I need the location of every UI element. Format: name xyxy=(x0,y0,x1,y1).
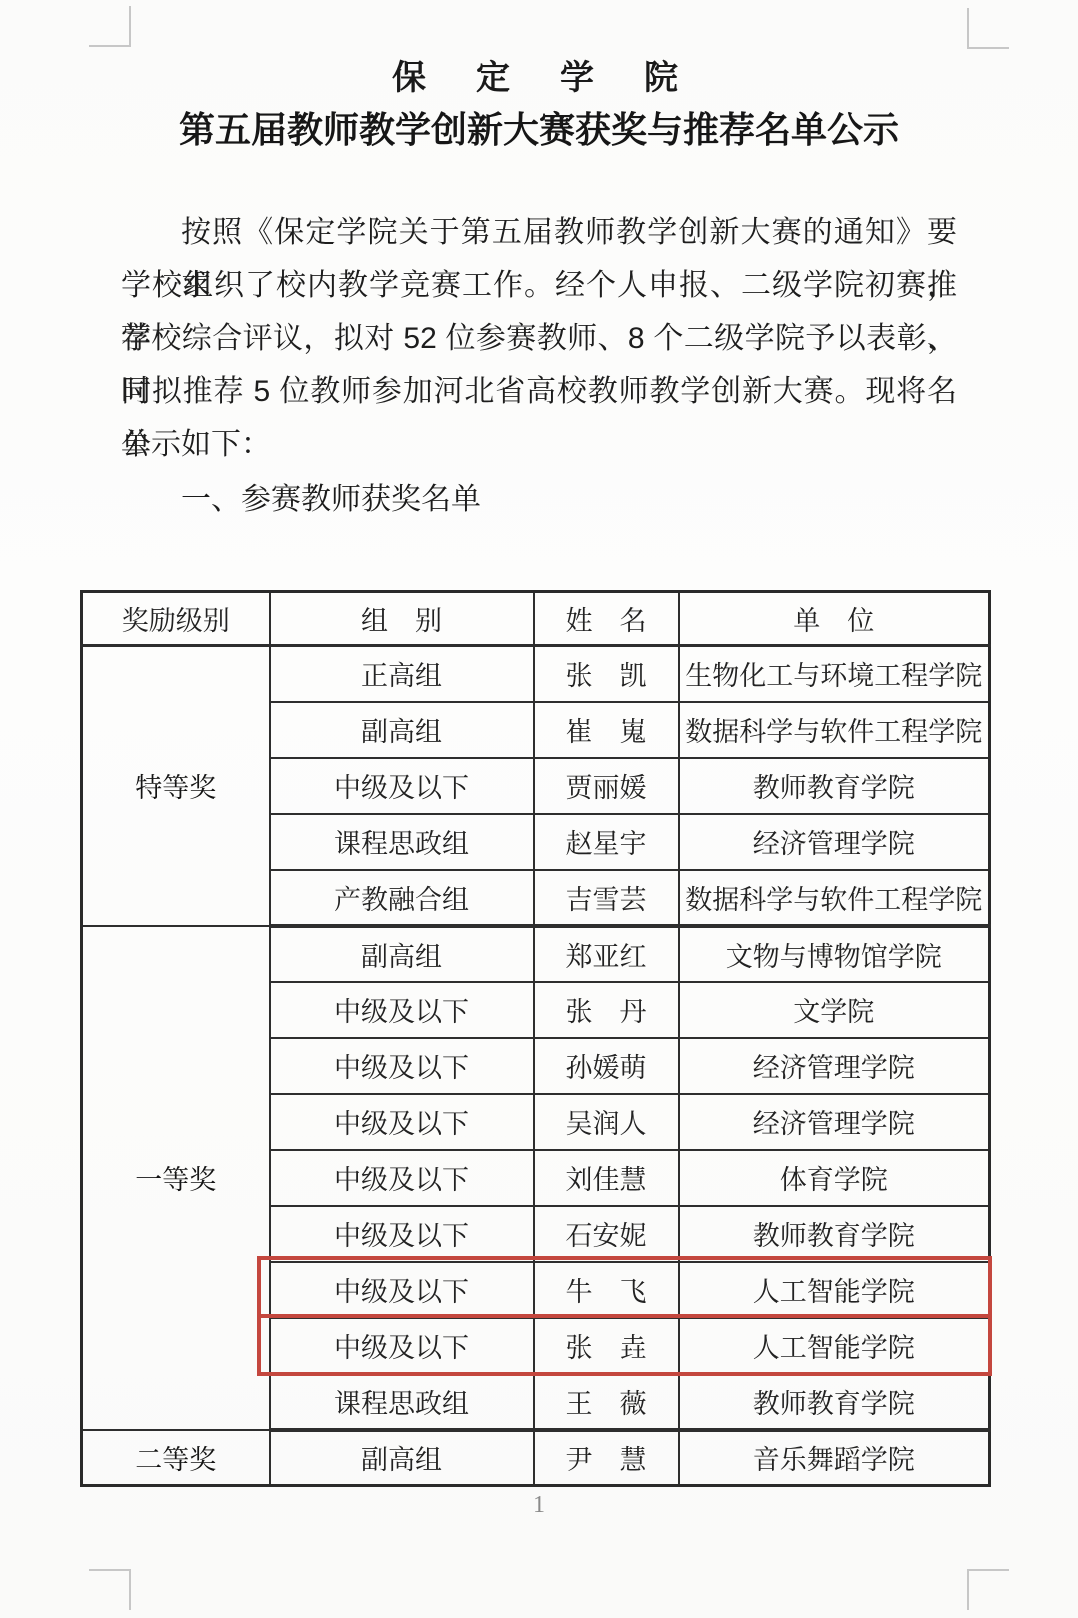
unit-cell: 文学院 xyxy=(679,982,990,1038)
category-cell: 副高组 xyxy=(270,702,534,758)
awards-table-body: 特等奖正高组张 凯生物化工与环境工程学院副高组崔 嵬数据科学与软件工程学院中级及… xyxy=(82,646,990,1486)
name-cell: 刘佳慧 xyxy=(534,1150,679,1206)
category-cell: 中级及以下 xyxy=(270,982,534,1038)
page-number: 1 xyxy=(0,1492,1078,1519)
paragraph-line: 学校组织了校内教学竞赛工作。经个人申报、二级学院初赛推荐、 xyxy=(121,259,957,312)
category-cell: 课程思政组 xyxy=(270,814,534,870)
category-cell: 副高组 xyxy=(270,926,534,982)
unit-cell: 体育学院 xyxy=(679,1150,990,1206)
intro-paragraph: 按照《保定学院关于第五届教师教学创新大赛的通知》要求， 学校组织了校内教学竞赛工… xyxy=(121,206,957,471)
name-cell: 石安妮 xyxy=(534,1206,679,1262)
paragraph-line: 公示如下： xyxy=(121,418,957,471)
name-cell: 张 凯 xyxy=(534,646,679,702)
unit-cell: 音乐舞蹈学院 xyxy=(679,1430,990,1486)
category-cell: 产教融合组 xyxy=(270,870,534,926)
category-cell: 中级及以下 xyxy=(270,1262,534,1318)
award-level-cell: 特等奖 xyxy=(82,646,270,926)
corner-mark-bottom-right-icon xyxy=(967,1569,1009,1610)
unit-cell: 数据科学与软件工程学院 xyxy=(679,870,990,926)
document-page: 保 定 学 院 第五届教师教学创新大赛获奖与推荐名单公示 按照《保定学院关于第五… xyxy=(0,0,1078,1618)
name-cell: 吴润人 xyxy=(534,1094,679,1150)
name-cell: 赵星宇 xyxy=(534,814,679,870)
category-cell: 中级及以下 xyxy=(270,1094,534,1150)
paragraph-line: 按照《保定学院关于第五届教师教学创新大赛的通知》要求， xyxy=(121,206,957,259)
name-cell: 孙媛萌 xyxy=(534,1038,679,1094)
unit-cell: 教师教育学院 xyxy=(679,758,990,814)
name-cell: 郑亚红 xyxy=(534,926,679,982)
unit-cell: 教师教育学院 xyxy=(679,1206,990,1262)
name-cell: 王 薇 xyxy=(534,1374,679,1430)
awards-table: 奖励级别 组 别 姓 名 单 位 特等奖正高组张 凯生物化工与环境工程学院副高组… xyxy=(80,590,991,1487)
section-heading: 一、参赛教师获奖名单 xyxy=(121,478,1017,522)
unit-cell: 人工智能学院 xyxy=(679,1318,990,1374)
document-subtitle: 第五届教师教学创新大赛获奖与推荐名单公示 xyxy=(0,102,1078,153)
unit-cell: 经济管理学院 xyxy=(679,1038,990,1094)
category-cell: 中级及以下 xyxy=(270,1206,534,1262)
document-title: 保 定 学 院 xyxy=(0,50,1078,99)
unit-cell: 教师教育学院 xyxy=(679,1374,990,1430)
unit-cell: 经济管理学院 xyxy=(679,814,990,870)
corner-mark-top-right-icon xyxy=(967,8,1009,49)
table-header-row: 奖励级别 组 别 姓 名 单 位 xyxy=(82,592,990,646)
category-cell: 课程思政组 xyxy=(270,1374,534,1430)
category-cell: 中级及以下 xyxy=(270,1318,534,1374)
name-cell: 尹 慧 xyxy=(534,1430,679,1486)
paragraph-line: 学校综合评议，拟对 52 位参赛教师、8 个二级学院予以表彰，同 xyxy=(121,312,957,365)
table-row: 二等奖副高组尹 慧音乐舞蹈学院 xyxy=(82,1430,990,1486)
name-cell: 吉雪芸 xyxy=(534,870,679,926)
table-row: 一等奖副高组郑亚红文物与博物馆学院 xyxy=(82,926,990,982)
category-cell: 正高组 xyxy=(270,646,534,702)
unit-cell: 经济管理学院 xyxy=(679,1094,990,1150)
name-cell: 张 丹 xyxy=(534,982,679,1038)
award-level-cell: 二等奖 xyxy=(82,1430,270,1486)
category-cell: 中级及以下 xyxy=(270,758,534,814)
award-level-cell: 一等奖 xyxy=(82,926,270,1430)
category-cell: 中级及以下 xyxy=(270,1150,534,1206)
paragraph-line: 时拟推荐 5 位教师参加河北省高校教师教学创新大赛。现将名单 xyxy=(121,365,957,418)
category-cell: 副高组 xyxy=(270,1430,534,1486)
header-name: 姓 名 xyxy=(534,592,679,646)
name-cell: 贾丽媛 xyxy=(534,758,679,814)
corner-mark-top-left-icon xyxy=(89,6,131,47)
unit-cell: 文物与博物馆学院 xyxy=(679,926,990,982)
name-cell: 张 垚 xyxy=(534,1318,679,1374)
unit-cell: 数据科学与软件工程学院 xyxy=(679,702,990,758)
corner-mark-bottom-left-icon xyxy=(89,1569,131,1610)
category-cell: 中级及以下 xyxy=(270,1038,534,1094)
unit-cell: 人工智能学院 xyxy=(679,1262,990,1318)
unit-cell: 生物化工与环境工程学院 xyxy=(679,646,990,702)
header-unit: 单 位 xyxy=(679,592,990,646)
name-cell: 崔 嵬 xyxy=(534,702,679,758)
table-row: 特等奖正高组张 凯生物化工与环境工程学院 xyxy=(82,646,990,702)
name-cell: 牛 飞 xyxy=(534,1262,679,1318)
header-award-level: 奖励级别 xyxy=(82,592,270,646)
header-category: 组 别 xyxy=(270,592,534,646)
